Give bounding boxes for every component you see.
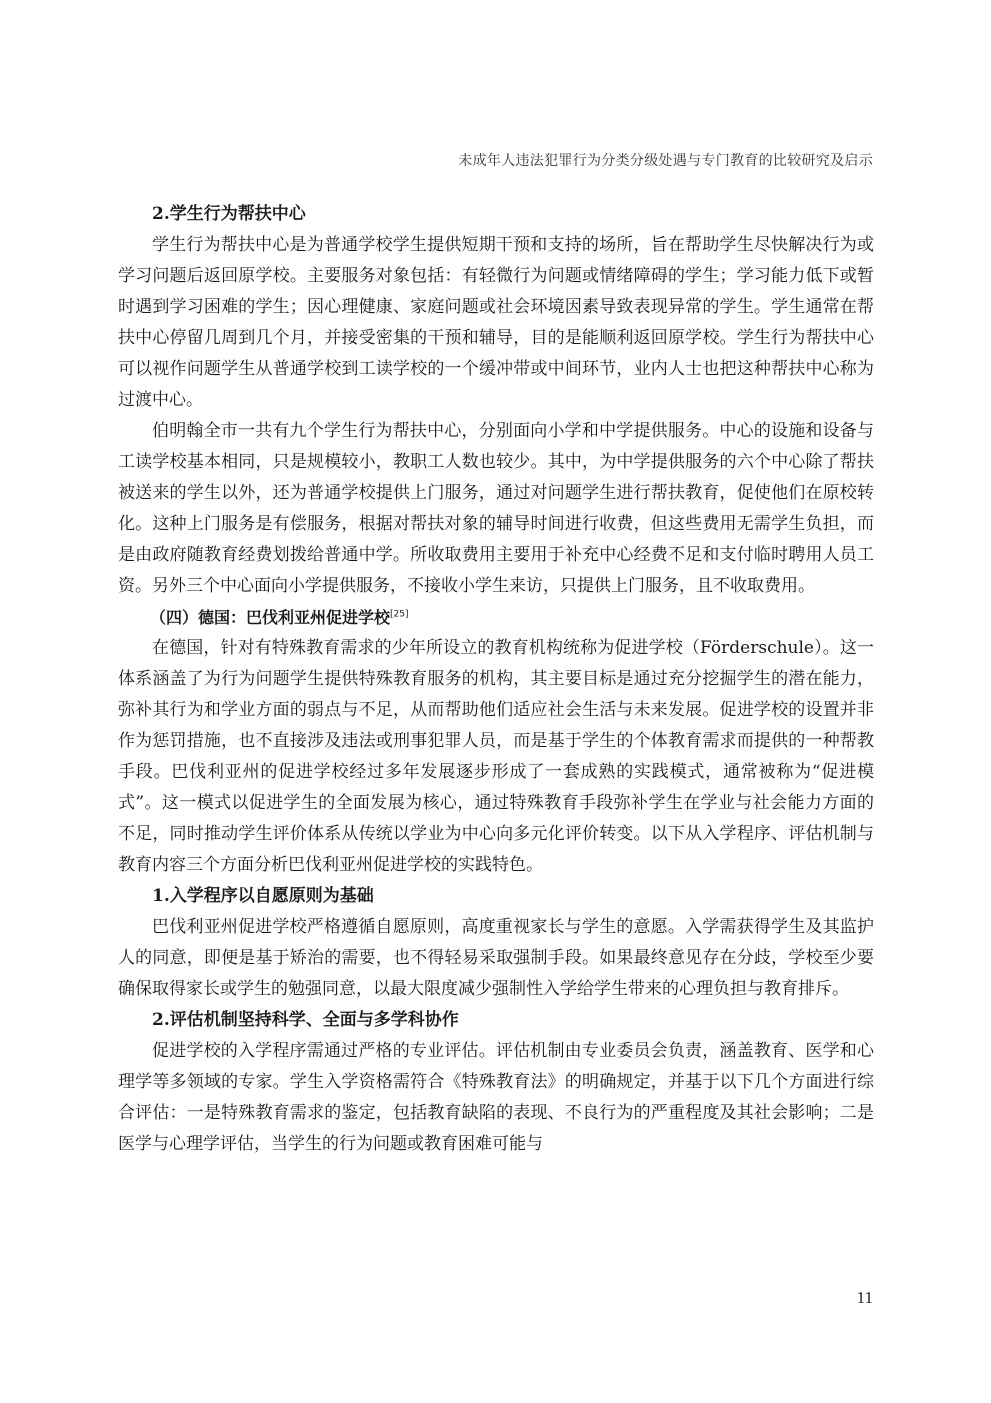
subsection-heading: 2.评估机制坚持科学、全面与多学科协作 <box>118 1005 874 1036</box>
paragraph: 伯明翰全市一共有九个学生行为帮扶中心，分别面向小学和中学提供服务。中心的设施和设… <box>118 416 874 602</box>
section-title: （四）德国：巴伐利亚州促进学校 <box>150 608 390 627</box>
section-heading: （四）德国：巴伐利亚州促进学校[25] <box>118 602 874 633</box>
running-header: 未成年人违法犯罪行为分类分级处遇与专门教育的比较研究及启示 <box>458 150 873 170</box>
paragraph: 巴伐利亚州促进学校严格遵循自愿原则，高度重视家长与学生的意愿。入学需获得学生及其… <box>118 912 874 1005</box>
page-number: 11 <box>857 1288 873 1308</box>
page-body: 2.学生行为帮扶中心 学生行为帮扶中心是为普通学校学生提供短期干预和支持的场所，… <box>118 199 874 1160</box>
subsection-heading: 2.学生行为帮扶中心 <box>118 199 874 230</box>
subsection-heading: 1.入学程序以自愿原则为基础 <box>118 881 874 912</box>
paragraph: 学生行为帮扶中心是为普通学校学生提供短期干预和支持的场所，旨在帮助学生尽快解决行… <box>118 230 874 416</box>
paragraph: 促进学校的入学程序需通过严格的专业评估。评估机制由专业委员会负责，涵盖教育、医学… <box>118 1036 874 1160</box>
paragraph: 在德国，针对有特殊教育需求的少年所设立的教育机构统称为促进学校（Fördersc… <box>118 633 874 881</box>
citation-ref: [25] <box>390 610 408 620</box>
